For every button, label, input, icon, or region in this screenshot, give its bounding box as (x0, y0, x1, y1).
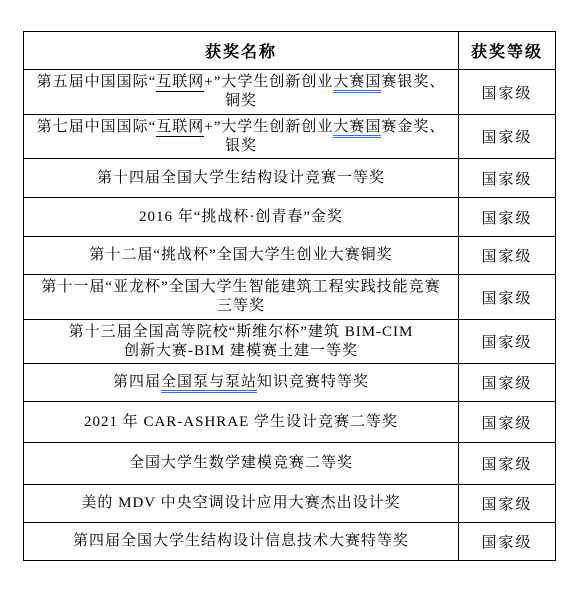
award-name-line1: 第五届中国国际“互联网+”大学生创新创业大赛国赛银奖、 (25, 73, 457, 92)
award-name-cell: 2021 年 CAR-ASHRAE 学生设计竞赛二等奖 (24, 402, 459, 443)
award-name-segment: +”大学生创新创业 (204, 119, 333, 135)
table-row: 第十二届“挑战杯”全国大学生创业大赛铜奖 国家级 (24, 237, 556, 275)
award-name-segment: 2021 年 CAR-ASHRAE 学生设计竞赛二等奖 (84, 414, 398, 430)
column-header-award-level: 获奖等级 (459, 32, 556, 70)
table-row: 第五届中国国际“互联网+”大学生创新创业大赛国赛银奖、 铜奖 国家级 (24, 70, 556, 115)
award-name-cell: 全国大学生数学建模竞赛二等奖 (24, 443, 459, 485)
award-name-segment: +”大学生创新创业 (204, 74, 333, 90)
award-name-line2: 铜奖 (25, 92, 457, 111)
award-name-segment-underlined: 互联网 (156, 119, 204, 137)
award-name-segment: 第十四届全国大学生结构设计竞赛一等奖 (97, 170, 385, 186)
award-name-cell: 第四届全国大学生结构设计信息技术大赛特等奖 (24, 523, 459, 561)
table-row: 2016 年“挑战杯·创青春”金奖 国家级 (24, 198, 556, 237)
award-name-line1: 全国大学生数学建模竞赛二等奖 (25, 454, 457, 473)
award-name-line1: 第七届中国国际“互联网+”大学生创新创业大赛国赛金奖、 (25, 118, 457, 137)
award-level-cell: 国家级 (459, 115, 556, 159)
table-row: 第十一届“亚龙杯”全国大学生智能建筑工程实践技能竞赛 三等奖 国家级 (24, 275, 556, 320)
award-name-segment: 第十二届“挑战杯”全国大学生创业大赛铜奖 (89, 247, 392, 263)
awards-table: 获奖名称 获奖等级 第五届中国国际“互联网+”大学生创新创业大赛国赛银奖、 铜奖… (23, 31, 556, 561)
award-level-cell: 国家级 (459, 485, 556, 523)
table-header-row: 获奖名称 获奖等级 (24, 32, 556, 70)
document-page: 获奖名称 获奖等级 第五届中国国际“互联网+”大学生创新创业大赛国赛银奖、 铜奖… (0, 0, 579, 593)
award-level-cell: 国家级 (459, 198, 556, 237)
award-name-cell: 2016 年“挑战杯·创青春”金奖 (24, 198, 459, 237)
award-level-cell: 国家级 (459, 523, 556, 561)
award-name-line1: 2021 年 CAR-ASHRAE 学生设计竞赛二等奖 (25, 413, 457, 432)
table-row: 2021 年 CAR-ASHRAE 学生设计竞赛二等奖 国家级 (24, 402, 556, 443)
award-name-segment: 第十一届“亚龙杯”全国大学生智能建筑工程实践技能竞赛 (41, 279, 440, 295)
award-level-cell: 国家级 (459, 364, 556, 402)
award-name-segment: 第四届 (113, 374, 161, 390)
award-name-line1: 美的 MDV 中央空调设计应用大赛杰出设计奖 (25, 494, 457, 513)
award-name-segment: 赛银奖、 (381, 74, 445, 90)
award-name-line1: 第四届全国泵与泵站知识竞赛特等奖 (25, 373, 457, 392)
award-name-line1: 2016 年“挑战杯·创青春”金奖 (25, 208, 457, 227)
award-name-segment: 第十三届全国高等院校“斯维尔杯”建筑 BIM-CIM (69, 324, 414, 340)
award-name-cell: 第十二届“挑战杯”全国大学生创业大赛铜奖 (24, 237, 459, 275)
award-name-segment-grammar-underline: 大赛国 (333, 74, 381, 93)
award-level-cell: 国家级 (459, 443, 556, 485)
award-name-segment: 第五届中国国际“ (37, 74, 157, 90)
award-name-cell: 第十三届全国高等院校“斯维尔杯”建筑 BIM-CIM 创新大赛-BIM 建模赛土… (24, 320, 459, 364)
award-name-segment: 第四届全国大学生结构设计信息技术大赛特等奖 (73, 533, 409, 549)
award-name-cell: 美的 MDV 中央空调设计应用大赛杰出设计奖 (24, 485, 459, 523)
award-name-line1: 第十四届全国大学生结构设计竞赛一等奖 (25, 169, 457, 188)
award-name-line2: 创新大赛-BIM 建模赛土建一等奖 (25, 342, 457, 361)
award-name-cell: 第十四届全国大学生结构设计竞赛一等奖 (24, 159, 459, 198)
table-row: 第四届全国大学生结构设计信息技术大赛特等奖 国家级 (24, 523, 556, 561)
award-name-cell: 第十一届“亚龙杯”全国大学生智能建筑工程实践技能竞赛 三等奖 (24, 275, 459, 320)
table-row: 第十三届全国高等院校“斯维尔杯”建筑 BIM-CIM 创新大赛-BIM 建模赛土… (24, 320, 556, 364)
award-name-line1: 第十一届“亚龙杯”全国大学生智能建筑工程实践技能竞赛 (25, 278, 457, 297)
award-name-line2: 银奖 (25, 137, 457, 156)
table-row: 第十四届全国大学生结构设计竞赛一等奖 国家级 (24, 159, 556, 198)
award-name-segment: 赛金奖、 (381, 119, 445, 135)
award-name-segment: 美的 MDV 中央空调设计应用大赛杰出设计奖 (81, 495, 400, 511)
award-level-cell: 国家级 (459, 237, 556, 275)
award-name-cell: 第四届全国泵与泵站知识竞赛特等奖 (24, 364, 459, 402)
award-name-segment: 全国大学生数学建模竞赛二等奖 (129, 455, 353, 471)
award-name-segment-grammar-underline: 大赛国 (333, 119, 381, 138)
award-name-line1: 第十三届全国高等院校“斯维尔杯”建筑 BIM-CIM (25, 323, 457, 342)
award-name-segment: 第七届中国国际“ (37, 119, 157, 135)
award-level-cell: 国家级 (459, 159, 556, 198)
award-name-segment: 知识竞赛特等奖 (257, 374, 369, 390)
award-name-cell: 第五届中国国际“互联网+”大学生创新创业大赛国赛银奖、 铜奖 (24, 70, 459, 115)
award-name-cell: 第七届中国国际“互联网+”大学生创新创业大赛国赛金奖、 银奖 (24, 115, 459, 159)
award-level-cell: 国家级 (459, 70, 556, 115)
award-level-cell: 国家级 (459, 275, 556, 320)
award-name-segment: 2016 年“挑战杯·创青春”金奖 (139, 209, 343, 225)
award-name-line1: 第四届全国大学生结构设计信息技术大赛特等奖 (25, 532, 457, 551)
award-name-line1: 第十二届“挑战杯”全国大学生创业大赛铜奖 (25, 246, 457, 265)
award-name-line2: 三等奖 (25, 297, 457, 316)
table-row: 第四届全国泵与泵站知识竞赛特等奖 国家级 (24, 364, 556, 402)
award-level-cell: 国家级 (459, 320, 556, 364)
table-row: 第七届中国国际“互联网+”大学生创新创业大赛国赛金奖、 银奖 国家级 (24, 115, 556, 159)
table-row: 全国大学生数学建模竞赛二等奖 国家级 (24, 443, 556, 485)
table-row: 美的 MDV 中央空调设计应用大赛杰出设计奖 国家级 (24, 485, 556, 523)
award-name-segment-grammar-underline: 全国泵与泵站 (161, 374, 257, 393)
award-name-segment-underlined: 互联网 (156, 74, 204, 92)
award-level-cell: 国家级 (459, 402, 556, 443)
column-header-award-name: 获奖名称 (24, 32, 459, 70)
